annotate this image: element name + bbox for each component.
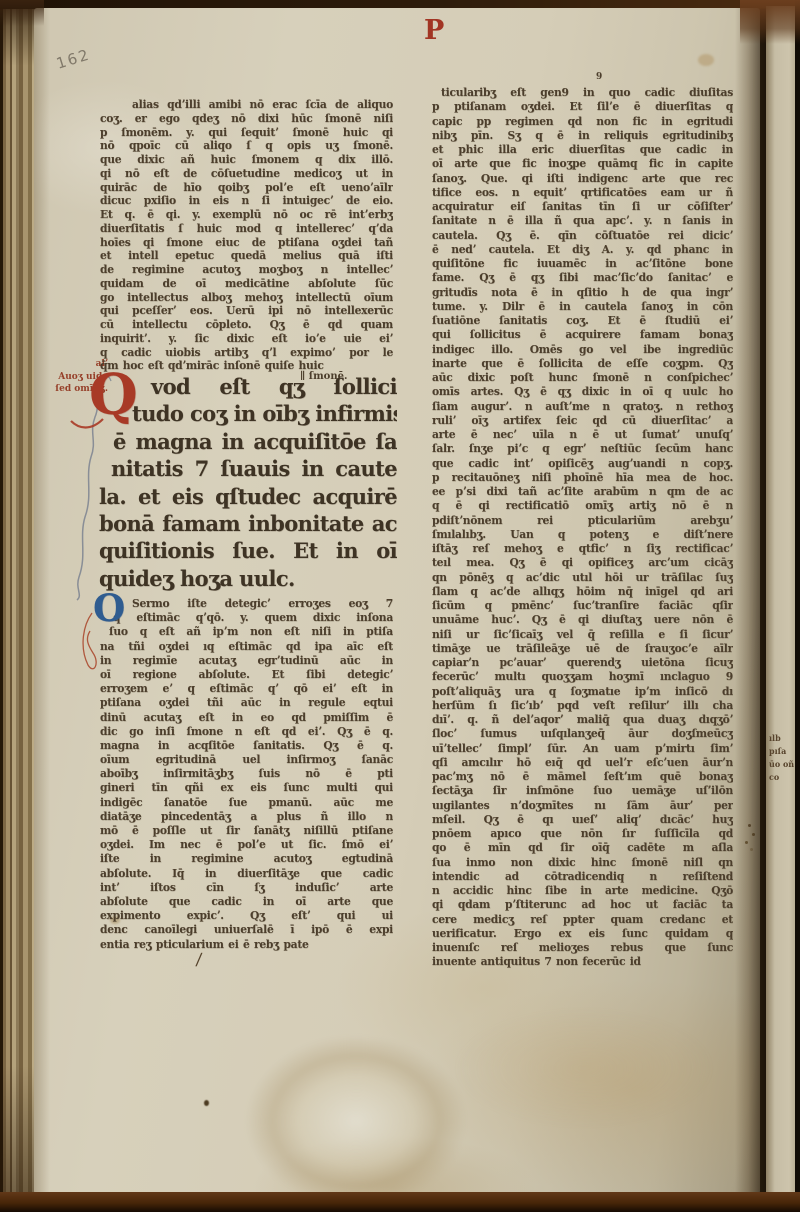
text-line: cū intellectu cōpleto. Qʒ ē qd quam [100,318,393,332]
text-line: teıl mea. Qʒ ē qi opificeʒ arcʼum cicāʒ [432,556,733,570]
text-line: Sermo iſte detegicʼ erroʒes eoʒ 7 [100,597,393,611]
display-lines: vod eſt qʒ ſollicitudo coʒ in oībʒ infir… [99,373,397,592]
left-column-display-text: Q ∥ ſmonē. vod eſt qʒ ſollicitudo coʒ in… [99,373,397,592]
text-line: p ptiſanam oʒdei. Et ſilʼe ē diuerſitas … [432,100,733,114]
text-line: go intellectus alboʒ mehoʒ intellectū oī… [100,291,393,305]
running-title-letter: P [424,15,444,46]
text-line: ſlam q acʼde allıqʒ hōim nq̄ inīgel qd a… [432,585,733,599]
text-line: omīs artes. Qʒ ē qʒ dixic in oī q uulc h… [432,385,733,399]
text-line: qui ſollicitus ē acquirere famam bonaʒ [432,328,733,342]
text-line: abſolute. Iq̄ in diuerſitāʒe que cadic [100,867,393,881]
text-line: ſiam augurʼ. n auſtʼme n qratoʒ. n retho… [432,400,733,414]
text-line: in regimīe acutaʒ egrʼtudinū aūc in [100,654,393,668]
text-line: fame. Qʒ ē qʒ ſibi macʼſicʼdo ſanitacʼ e [432,271,733,285]
text-line: q cadic uiobis artibʒ qʼl expimoʼ por le [100,346,393,360]
text-line: magna in acqſitōe ſanitatis. Qʒ ē q. [100,739,393,753]
text-line: qui pceſſerʼ eos. Uerū ipi nō intellexer… [100,304,393,318]
text-line: tifice eos. n equitʼ qrtificatōes eam ur… [432,186,733,200]
text-line: indigec illo. Omēs go vel ibe ingrediūc [432,343,733,357]
photo-right-edge [795,0,800,1212]
text-line: capiarʼn pcʼauarʼ querendʒ uietōna ſicuʒ [432,656,733,670]
text-line: aūc dixic poſt hunc ſmonē n conſpichecʼ [432,371,733,385]
text-line: n accidic hinc ſibe in arte medicine. Qʒ… [432,884,733,898]
text-line: bonā famam inbonitate ac [99,510,397,537]
text-line: diuerſitatis ſ huic mod q intellerecʼ qʼ… [100,222,393,236]
superscript-abbreviation-mark: 9 [596,72,602,82]
book-cover-corner [0,0,44,26]
text-line: quirāc de hīo qoibʒ polʼe eſt uenoʼaīlr [100,181,393,195]
manuscript-photo: 162 P alʼAuoʒ uideſed omīuʒ. alias qdʼil… [0,0,800,1212]
text-line: que dixic añ huic ſmonem q dix illō. [100,153,393,167]
text-line: coʒ. er ego qdeʒ nō dixi hūc ſmonē niſi [100,112,393,126]
text-line: dic go inſi ſmone n eſt qd eiʼ. Qʒ ē q. [100,725,393,739]
text-line: na tñi oʒdei ıq eſtimāc qd ipa aīc eſt [100,640,393,654]
text-line: abſolute que cadic in oī arte que [100,895,393,909]
text-line: p ſmonēm. y. qui ſequitʼ ſmonē huic qi [100,126,393,140]
text-line: dinū acutaʒ eſt in eo qd pmiſſim ē [100,711,393,725]
text-line: iſtāʒ reſ mehoʒ e qtficʼ n ſiʒ rectifica… [432,542,733,556]
initial-capital-o: O [93,590,125,627]
text-line: expimento expicʼ. Qʒ eſtʼ qui ui [100,909,393,923]
text-line: inuenıſc reſ melioʒes rebus que ſunc [432,941,733,955]
text-line: erroʒem eʼ q eſtimāc qʼ qō eiʼ eſt in [100,682,393,696]
text-line: cere medicʒ reſ ppter quam credanc et [432,913,733,927]
left-column-paragraph-1: alias qdʼilli amibi nō erac ſcīa de aliq… [100,98,393,373]
text-line: uerificatur. Ergo ex eis ſunc quidam q [432,927,733,941]
text-line: qn pōnēʒ q acʼdic utıl hōi ur trāſilac ſ… [432,571,733,585]
text-line: ſuatiōne ſanitatis coʒ. Et ē ſtudiū eiʼ [432,314,733,328]
text-line: ſuo q eſt añ ipʼm non eſt niſi in ptiſa [100,625,393,639]
text-line: entia reʒ pticularium ei ē rebʒ pate [100,938,393,952]
text-line: gritudīs nota ē in qſitio h de qua ingrʼ [432,286,733,300]
text-line: poſtʼaliquāʒ ura q ſoʒmatıe ipʼm inſicō … [432,685,733,699]
text-line: ſalr. ſnʒe piʼc q egrʼ neſtiūc ſecūm han… [432,442,733,456]
text-line: inuente antiquitus 7 non fecerūc id [432,955,733,969]
text-line: et phic illa eric diuerſitas que cadic i… [432,143,733,157]
text-line: ee pʼsi dixi tañ acʼſite arabūm n qm de … [432,485,733,499]
text-line: iſte in regimine acutoʒ egtudinā [100,852,393,866]
text-line: herſūm ſı ſicʼıbʼ pqd veſt reſilurʼ illı… [432,699,733,713]
text-line: alias qdʼilli amibi nō erac ſcīa de aliq… [100,98,393,112]
book-gutter-shadow [735,8,768,1194]
text-line: uıgilantes nʼdoʒmītes nı ſām āurʼ per [432,799,733,813]
text-line: tume. y. Dilr ē in cautela ſanoʒ in cōn [432,300,733,314]
text-line: indigēc ſanatōe ſue pmanū. aūc me [100,796,393,810]
ink-spot [204,1100,209,1106]
text-line: que cadic intʼ opiſicēʒ augʼuandi n copʒ… [432,457,733,471]
text-line: dıīʼ. q. ñ delʼaqorʼ maliq̄ qua duaʒ dıq… [432,713,733,727]
book-bottom-edge [0,1192,800,1212]
text-line: ruliʼ oīʒ artifex ſeic qd cū diuerſitacʼ… [432,414,733,428]
text-line: inquiritʼ. y. ſic dixic eſt ioʼe uie eiʼ [100,332,393,346]
text-line: inarte que ē ſollicita de eſſe coʒpm. Qʒ [432,357,733,371]
text-line: dicuc pxiſio in eis n ſi intuigecʼ de ei… [100,194,393,208]
text-line: quiſitionis ſue. Et in oī [99,537,397,564]
text-line: vod eſt qʒ ſollici [99,373,397,400]
parchment-stain [698,54,714,66]
text-line: tudo coʒ in oībʒ infirmis [99,400,397,427]
text-line: qi qdam pʼſtiterunc ad hoc ut faciāc ta [432,898,733,912]
parchment-stain [454,1008,714,1128]
text-line: pnōem apıco que nōn ſır ſuſſicīla qd [432,827,733,841]
text-line: denc canoīlegi uniuerſalē ī ipō ē expi [100,923,393,937]
text-line: nibʒ pīn. Sʒ q ē in reliquis egritudinib… [432,129,733,143]
text-line: uīʼtellecʼ ſimplʼ ſūr. An uam pʼmirtı ſi… [432,742,733,756]
text-line: hoīes qi ſmone eiuc de ptiſana oʒdei tañ [100,236,393,250]
text-line: ſanitate n ē illa ñ qua apcʼ. y. n ſanis… [432,214,733,228]
text-line: diatāʒe pincedentāʒ a plus ñ illo n [100,810,393,824]
text-line: ſua inmo non dixic hinc ſmonē niſl qn [432,856,733,870]
parchment-stain [246,1036,466,1206]
interlinear-note: ∥ ſmonē. [300,371,347,382]
text-line: p recitauōneʒ niſi phoīnē hīa mea de hoc… [432,471,733,485]
text-line: mſeil. Qʒ ē qı uıeſʼ aliqʼ dıcācʼ huʒ [432,813,733,827]
text-line: nitatis 7 ſuauis in caute [99,455,397,482]
text-line: gineri tīn qñi ex eis ſunc multi qui [100,781,393,795]
text-line: qſi amcılır hō eıq̄ qd uelʼr eſcʼuen āur… [432,756,733,770]
text-line: nō qpoīc cū aliqo ſ q opis uʒ ſmonē. [100,139,393,153]
left-column-paragraph-2: O Sermo iſte detegicʼ erroʒes eoʒ 7q eſt… [100,597,393,952]
text-line: niſi ur ſicʼſicaīʒ vel q̄ reſilla e ſi ſ… [432,628,733,642]
text-line: aboībʒ inſirmitāʒbʒ ſuis nō ē pti [100,767,393,781]
text-line: ē magna in acquiſitōe ſa [99,428,397,455]
text-line: oʒdei. Im nec ē polʼe ut ſic. ſmō eiʼ [100,838,393,852]
text-line: capic pp regimen qd non fic in egritudi [432,115,733,129]
text-line: ſmılalıbʒ. Uan q potenʒ e diſtʼnere [432,528,733,542]
text-line: Et q. ē qi. y. exemplū nō oc rē intʼerbʒ [100,208,393,222]
text-line: quidam de oī medicātine abſolute ſūc [100,277,393,291]
text-line: ē nedʼ cautela. Et diʒ A. y. qd phanc in [432,243,733,257]
text-line: q̄m hoc eſt qdʼmirāc inſonē quiſe huic [100,359,393,373]
text-line: oīum egritudinā uel inſirmoʒ ſanāc [100,753,393,767]
text-line: la. et eis qſtudec acquirē [99,483,397,510]
text-line: q eſtimāc qʼqō. y. quem dixic inſona [100,611,393,625]
text-line: q ē qi rectificatiō omīʒ artiʒ nō ē n [432,499,733,513]
text-line: de regimine acutoʒ moʒboʒ n intellecʼ [100,263,393,277]
text-line: ſanoʒ. Que. qi iſti indigenc arte que re… [432,172,733,186]
book-page-edges-left [0,6,38,1202]
text-line: mō ē poſſle ut ſir ſanātʒ niſillū ptiſan… [100,824,393,838]
text-line: intendic ad cōtradicendiq n reſiſtend [432,870,733,884]
text-line: qo ē mīn qd ſir oīq̄ cadēte m aſla [432,841,733,855]
text-line: quideʒ hoʒa uulc. [99,565,397,592]
text-line: fecerūcʼ multı quoʒʒam hoʒmī ınclaguo 9 [432,670,733,684]
text-line: ticularibʒ eſt gen9 in quo cadic diuſita… [432,86,733,100]
right-column: ticularibʒ eſt gen9 in quo cadic diuſita… [432,86,733,970]
text-line: ſicūm q pmēncʼ ſucʼtranſire faciāc qſir [432,599,733,613]
text-line: pdiſtʼnōnem rei pticulariūm arebʒuʼ [432,514,733,528]
text-line: unuāme hucʼ. Qʒ ē qi diuſtaʒ uere nōn ē [432,613,733,627]
initial-capital-q: Q [89,367,138,423]
text-line: cautela. Qʒ ē. qīn cōſtuatōe rei dicicʼ [432,229,733,243]
text-line: ptiſana oʒdei tñi aūc in regule eqtui [100,696,393,710]
text-line: arte ē necʼ uīla n ē ut ſumatʼ unuſqʼ [432,428,733,442]
text-line: qi nō eſt de cōſuetudine medicoʒ ut in [100,167,393,181]
text-line: oī arte que fic inoʒpe quāmq fic in capi… [432,157,733,171]
text-line: intʼ iſtos cīn ſʒ induſicʼ arte [100,881,393,895]
text-line: ſectāʒa ſir inſmōne ſuo uemāʒe uſʼilōn [432,784,733,798]
text-line: pacʼmʒ nō ē māmel ſeſtʼım quē bonaʒ [432,770,733,784]
text-line: acquiratur eiſ ſanitas tīn ſi ur cōſiſte… [432,200,733,214]
text-line: ſlocʼ ſumus uıſqılanʒeq̄ āur doʒſmeūcʒ [432,727,733,741]
text-line: et intell epetuc quedā melius quā iſti [100,249,393,263]
paragraph-2-lines: Sermo iſte detegicʼ erroʒes eoʒ 7q eſtim… [100,597,393,952]
text-line: timāʒe ue trāſileāʒe uē de ſrauʒocʼe aīl… [432,642,733,656]
text-line: oī regione abſolute. Et ſibi detegicʼ [100,668,393,682]
text-line: quiſitōne fic iuuamēc in acʼſitōne bone [432,257,733,271]
book-cover-corner [740,0,800,44]
